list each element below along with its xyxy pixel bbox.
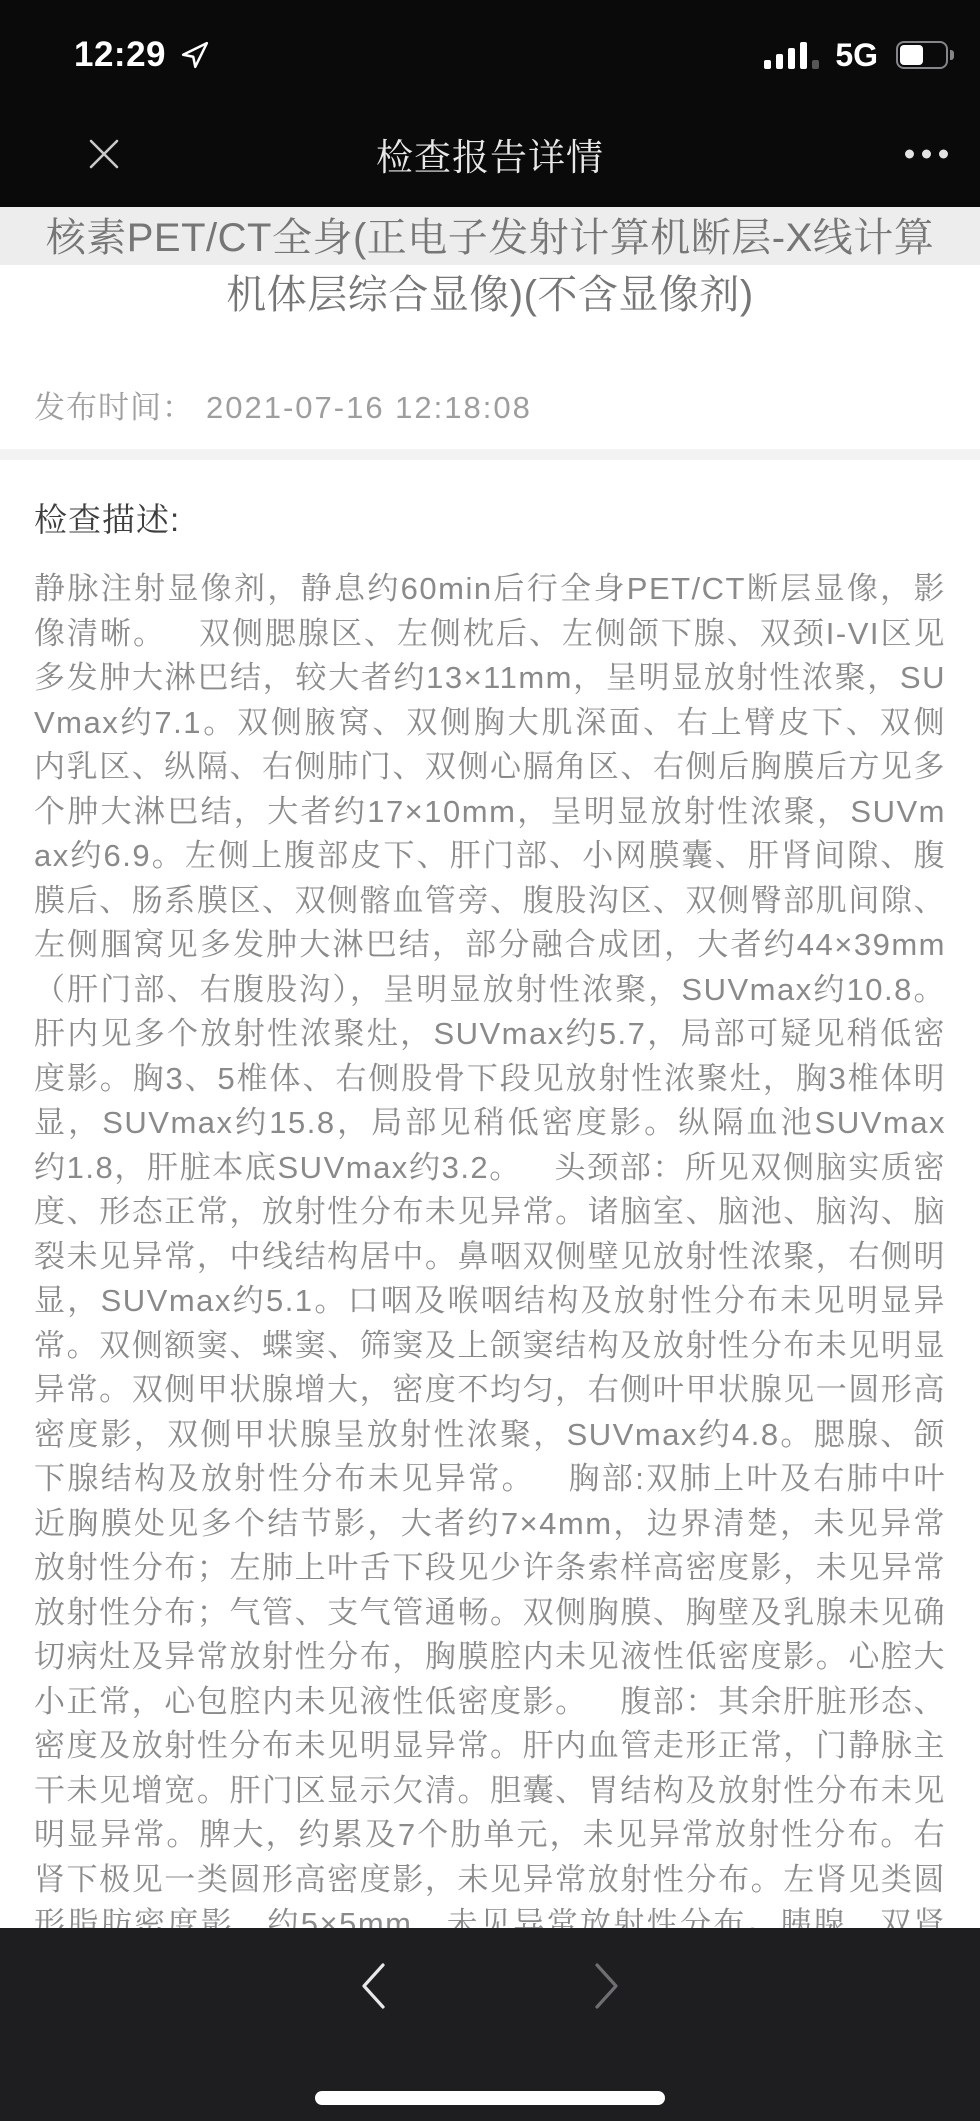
publish-time-label: 发布时间： bbox=[34, 382, 194, 427]
description-text: 静脉注射显像剂，静息约60min后行全身PET/CT断层显像，影像清晰。 双侧腮… bbox=[0, 567, 980, 2121]
battery-icon bbox=[896, 41, 954, 69]
next-page-icon[interactable] bbox=[593, 1962, 621, 2010]
home-indicator[interactable] bbox=[315, 2091, 665, 2105]
battery-nub bbox=[950, 50, 954, 60]
location-arrow-icon bbox=[180, 40, 210, 70]
signal-bar-dim bbox=[812, 60, 819, 69]
section-divider bbox=[0, 449, 980, 460]
more-menu-icon[interactable] bbox=[905, 149, 948, 158]
signal-bar bbox=[788, 48, 795, 69]
bottom-toolbar bbox=[0, 1928, 980, 2121]
battery-fill bbox=[900, 45, 923, 65]
pager bbox=[0, 1962, 980, 2010]
status-right-cluster: 5G bbox=[764, 37, 954, 74]
page-title: 检查报告详情 bbox=[0, 127, 980, 181]
description-section-label: 检查描述: bbox=[0, 494, 980, 541]
network-type-label: 5G bbox=[835, 37, 878, 74]
nav-bar: 检查报告详情 bbox=[0, 100, 980, 207]
status-left-cluster: 12:29 bbox=[74, 35, 210, 75]
signal-bar bbox=[764, 60, 771, 69]
report-title: 核素PET/CT全身(正电子发射计算机断层-X线计算机体层综合显像)(不含显像剂… bbox=[0, 207, 980, 324]
more-dot bbox=[922, 149, 931, 158]
more-dot bbox=[905, 149, 914, 158]
signal-bar bbox=[776, 54, 783, 69]
signal-bar bbox=[800, 42, 807, 69]
status-time: 12:29 bbox=[74, 35, 166, 75]
publish-time-value: 2021-07-16 12:18:08 bbox=[206, 390, 532, 426]
top-header: 12:29 5G 检查报告详情 bbox=[0, 0, 980, 207]
more-dot bbox=[939, 149, 948, 158]
publish-time-row: 发布时间： 2021-07-16 12:18:08 bbox=[0, 382, 980, 427]
cellular-signal-icon bbox=[764, 41, 819, 69]
status-bar: 12:29 5G bbox=[0, 0, 980, 100]
previous-page-icon[interactable] bbox=[359, 1962, 387, 2010]
